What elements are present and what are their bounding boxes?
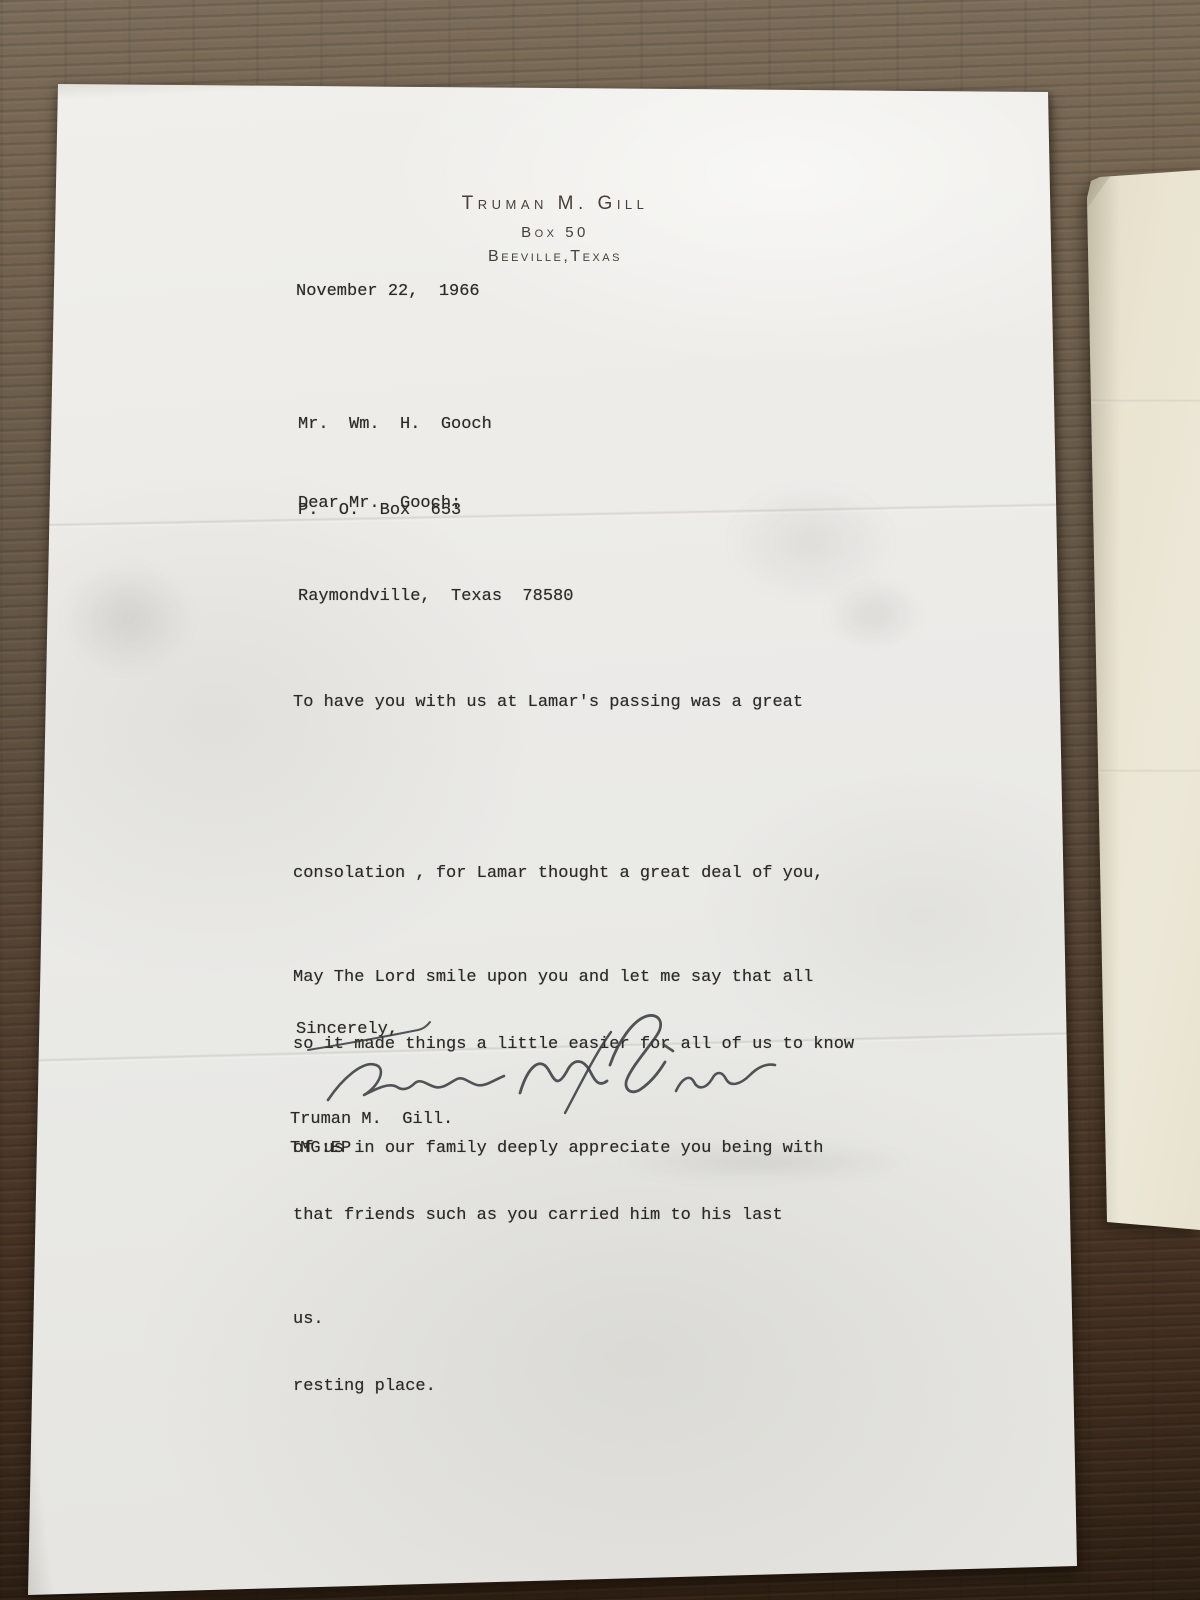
body-line: us.	[293, 1291, 824, 1348]
typed-signer-name: Truman M. Gill.	[290, 1110, 453, 1129]
photo-of-typed-letter: Truman M. Gill Box 50 Beeville,Texas Nov…	[0, 0, 1200, 1600]
letterhead-city: Beeville,Texas	[488, 248, 622, 266]
body-paragraph-2: May The Lord smile upon you and let me s…	[293, 835, 824, 1462]
letterhead-name: Truman M. Gill	[462, 193, 649, 215]
letterhead-address: Box 50	[521, 224, 589, 241]
letter-wrap: Truman M. Gill Box 50 Beeville,Texas Nov…	[0, 0, 1200, 1600]
body-line: To have you with us at Lamar's passing w…	[293, 674, 854, 731]
date-line: November 22, 1966	[296, 282, 480, 301]
letter-paper: Truman M. Gill Box 50 Beeville,Texas Nov…	[26, 84, 1080, 1598]
bleedthrough-smudge	[62, 562, 194, 674]
typist-reference-initials: TMG:EP	[290, 1139, 351, 1158]
salutation: Dear Mr. Gooch:	[298, 494, 461, 513]
recipient-name: Mr. Wm. H. Gooch	[298, 411, 573, 440]
body-line: May The Lord smile upon you and let me s…	[293, 949, 824, 1006]
signature-handwriting	[280, 1005, 790, 1120]
